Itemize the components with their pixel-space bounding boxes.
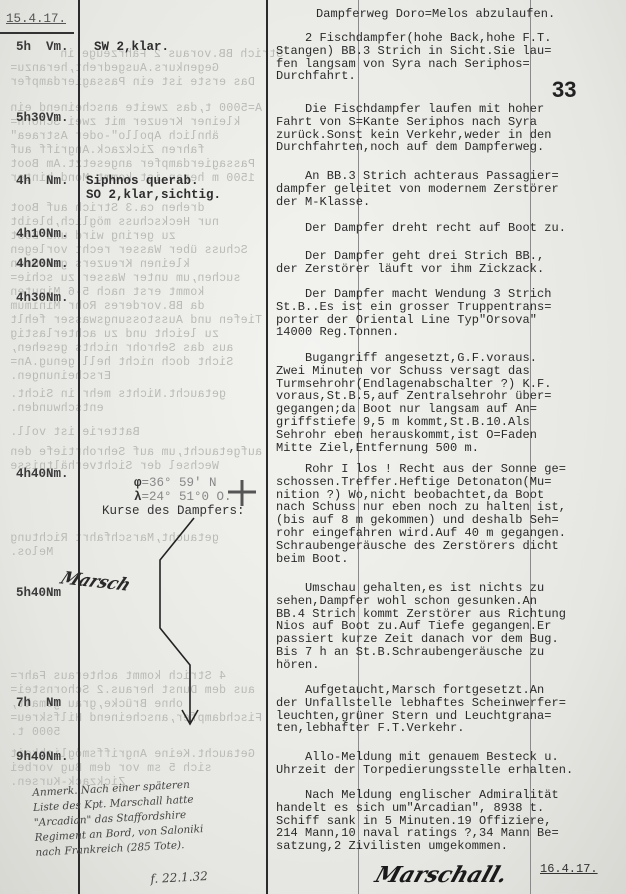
diary-paragraph: Rohr I los ! Recht aus der Sonne ge= sch… <box>276 463 622 565</box>
commander-signature: Marschall. <box>372 862 511 888</box>
diary-paragraph: Allo-Meldung mit genauem Besteck u. Uhrz… <box>276 751 622 777</box>
handwritten-note: Anmerk. Nach einer späteren Liste des Kp… <box>32 777 205 861</box>
diary-paragraph: Nach Meldung englischer Admiralität hand… <box>276 789 622 853</box>
diary-paragraph: An BB.3 Strich achteraus Passagier= damp… <box>276 170 622 208</box>
diary-paragraph: Der Dampfer geht drei Strich BB., der Ze… <box>276 250 622 276</box>
handwritten-date: f. 22.1.32 <box>150 869 208 887</box>
diary-paragraph: Aufgetaucht,Marsch fortgesetzt.An der Un… <box>276 684 622 735</box>
diary-page: Strich BB.voraus 2 Fahrzeuge in Gegenkur… <box>0 0 626 894</box>
page-number: 33 <box>552 77 576 103</box>
diary-paragraph: Der Dampfer macht Wendung 3 Strich St.B.… <box>276 288 622 339</box>
diary-paragraph: Die Fischdampfer laufen mit hoher Fahrt … <box>276 103 622 154</box>
diary-paragraph: 2 Fischdampfer(hohe Back,hohe F.T. Stang… <box>276 32 622 83</box>
diary-paragraph: Dampferweg Doro=Melos abzulaufen. <box>316 8 626 21</box>
diary-paragraph: Der Dampfer dreht recht auf Boot zu. <box>276 222 622 235</box>
diary-paragraph: Bugangriff angesetzt,G.F.voraus. Zwei Mi… <box>276 352 622 454</box>
date-footer: 16.4.17. <box>540 862 598 876</box>
diary-paragraph: Umschau gehalten,es ist nichts zu sehen,… <box>276 582 622 672</box>
